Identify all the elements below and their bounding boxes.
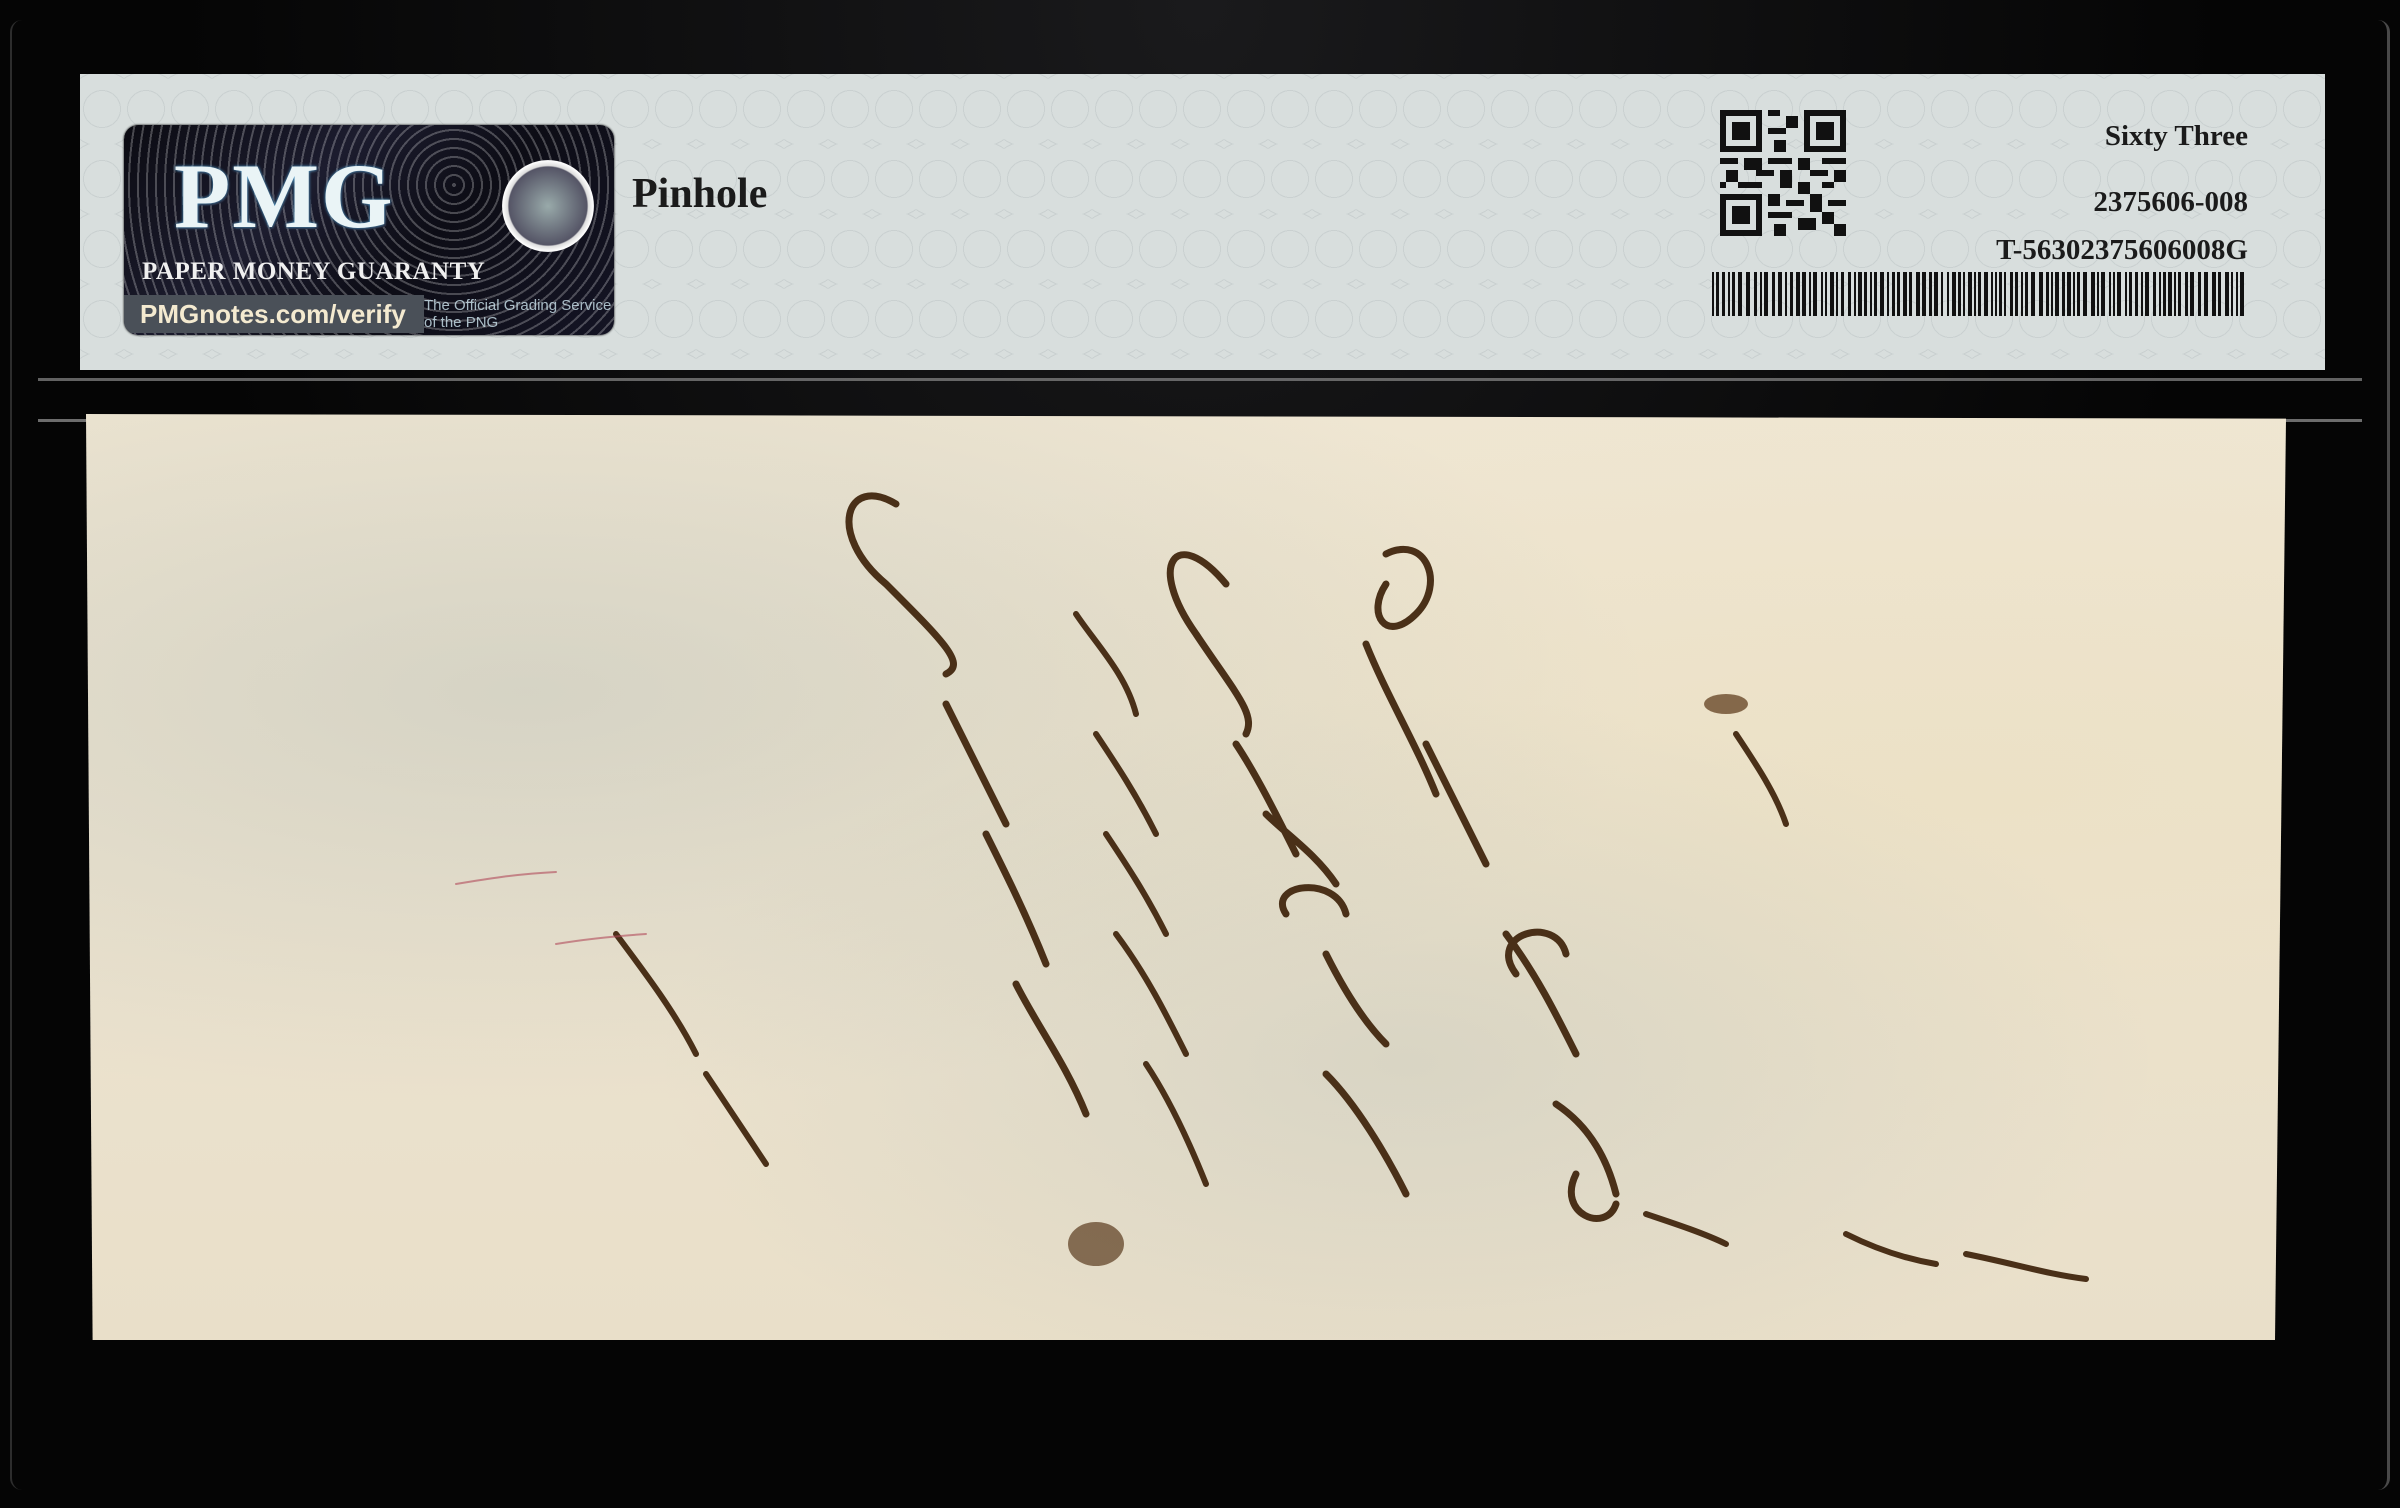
slab-edge-left — [10, 20, 52, 1490]
serial-code: T-56302375606008G — [1996, 234, 2248, 267]
barcode-icon — [1712, 272, 2247, 316]
scales-seal-icon — [502, 160, 594, 252]
slab-edge-right — [2347, 20, 2390, 1490]
brand-name: PAPER MONEY GUARANTY — [142, 258, 485, 286]
grading-slab: PMG PAPER MONEY GUARANTY PMGnotes.com/ve… — [0, 0, 2400, 1508]
grade-text: Sixty Three — [2105, 120, 2248, 153]
verify-url[interactable]: PMGnotes.com/verify — [140, 299, 406, 330]
hologram-tagline: The Official Grading Service of the PNG — [424, 297, 614, 331]
cert-number: 2375606-008 — [2093, 186, 2248, 219]
grading-comment: Pinhole — [632, 170, 767, 218]
handwritten-endorsement — [86, 414, 2286, 1340]
pmg-logo: PMG — [174, 143, 395, 249]
verify-strip: PMGnotes.com/verify — [124, 295, 424, 333]
pmg-hologram: PMG PAPER MONEY GUARANTY PMGnotes.com/ve… — [124, 125, 614, 335]
banknote-back — [86, 414, 2286, 1340]
qr-code-icon[interactable] — [1720, 110, 1846, 236]
